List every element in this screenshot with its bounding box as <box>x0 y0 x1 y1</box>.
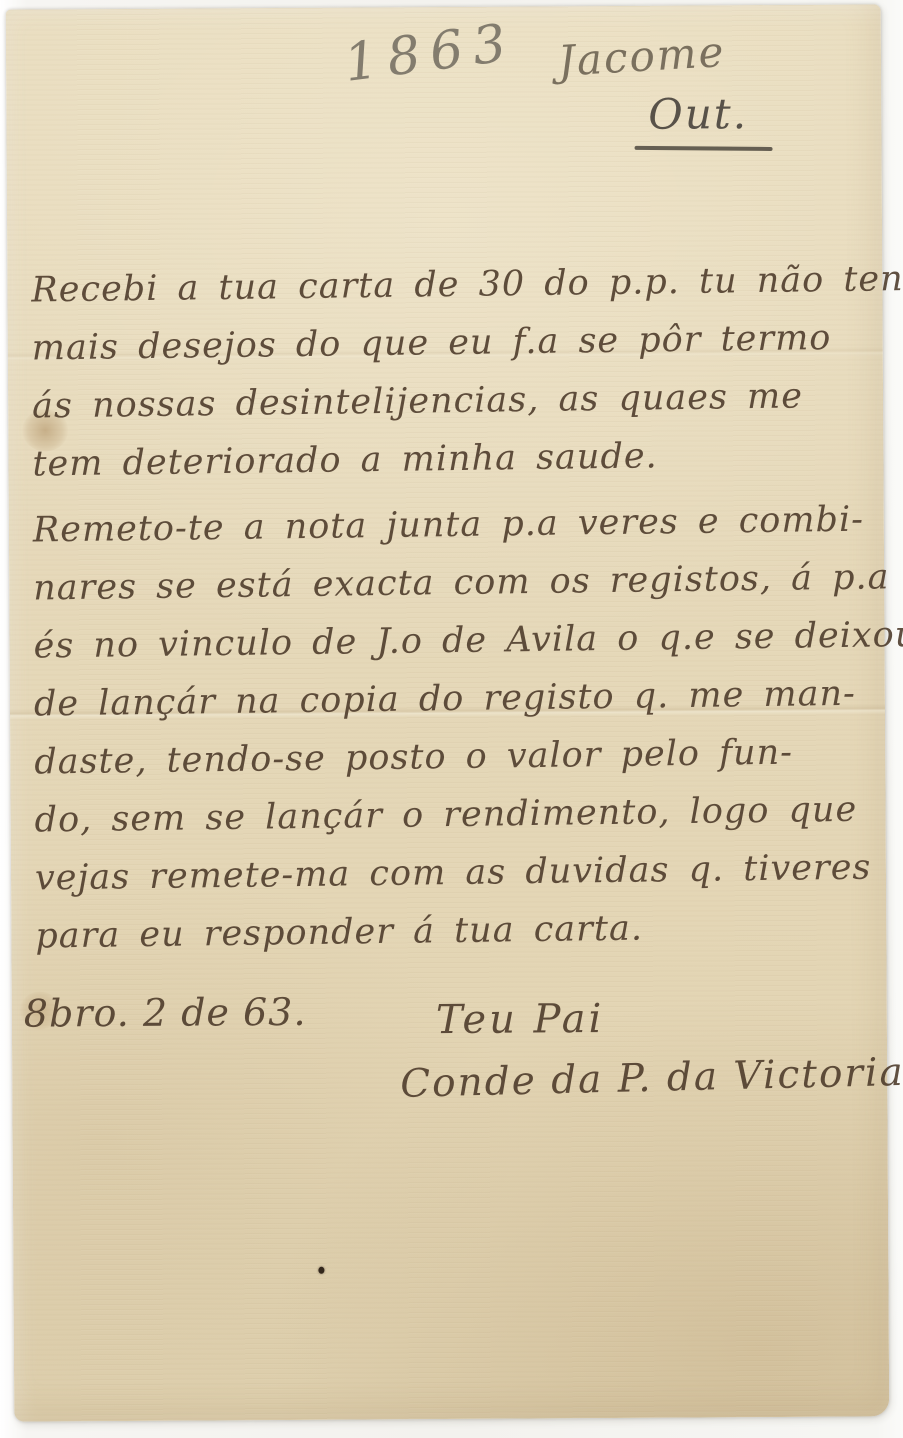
letter-body: Recebi a tua carta de 30 do p.p. tu não … <box>31 256 880 965</box>
name-annotation: Jacome <box>557 27 727 86</box>
scanner-background: 1863 Jacome Out. Recebi a tua carta de 3… <box>0 0 903 1438</box>
letter-line: tem deteriorado a minha saude. <box>32 424 878 493</box>
letter-page: 1863 Jacome Out. Recebi a tua carta de 3… <box>6 4 890 1421</box>
month-underline-stroke <box>635 146 773 151</box>
month-annotation: Out. <box>648 89 748 139</box>
signature-name: Conde da P. da Victoria. <box>400 1050 903 1107</box>
year-annotation: 1863 <box>341 12 520 94</box>
letter-line: para eu responder á tua carta. <box>35 896 881 965</box>
date-line: 8bro. 2 de 63. <box>24 990 307 1036</box>
ink-dot <box>318 1267 324 1274</box>
closing-salutation: Teu Pai <box>436 996 605 1043</box>
